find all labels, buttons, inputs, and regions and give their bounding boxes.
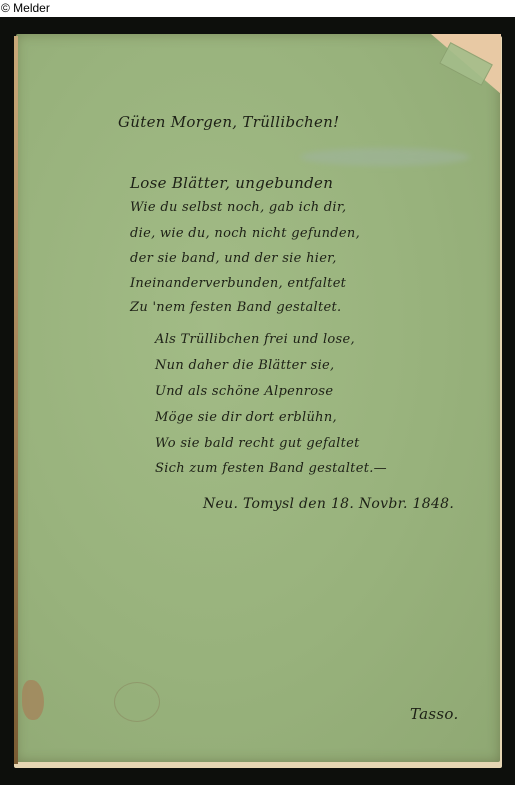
page-left-edge [14,36,18,764]
poem-line: Möge sie dir dort erblühn, [155,410,337,425]
edge-stain [22,680,44,720]
dateline: Neu. Tomysl den 18. Novbr. 1848. [203,496,454,512]
poem-line: Wie du selbst noch, gab ich dir, [130,200,346,215]
poem-line: Wo sie bald recht gut gefaltet [155,436,360,451]
poem-line: Und als schöne Alpenrose [155,384,333,399]
poem-line: die, wie du, noch nicht gefunden, [130,226,360,241]
poem-line: Zu 'nem festen Band gestaltet. [130,300,341,315]
copyright-caption: © Melder [1,0,50,16]
poem-line: der sie band, und der sie hier, [130,251,337,266]
greeting-line: Güten Morgen, Trüllibchen! [118,113,339,131]
poem-line: Nun daher die Blätter sie, [155,358,334,373]
ink-blot [300,148,470,166]
poem-line: Als Trüllibchen frei und lose, [155,332,355,347]
poem-line: Lose Blätter, ungebunden [130,174,333,192]
signature: Tasso. [410,705,459,723]
poem-line: Ineinanderverbunden, entfaltet [130,276,346,291]
ring-stain [114,682,160,722]
poem-line: Sich zum festen Band gestaltet.— [155,461,387,476]
